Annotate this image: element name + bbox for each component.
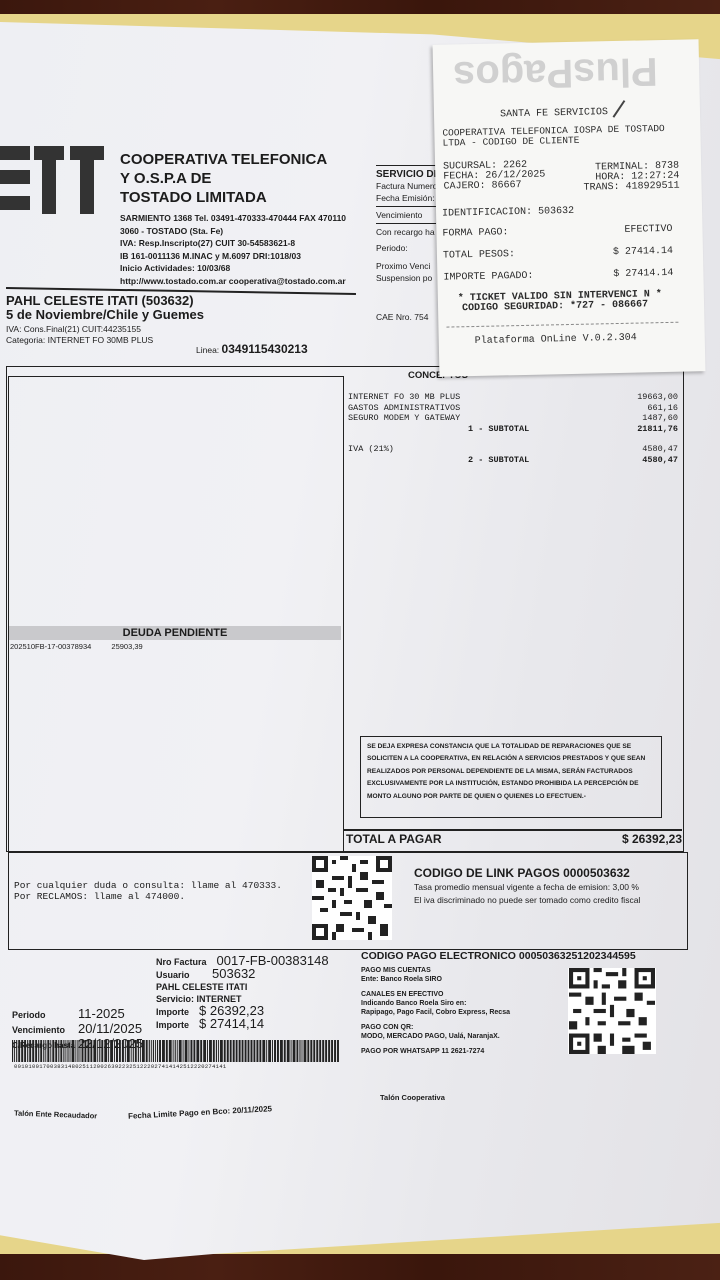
- link-pagos-code: CODIGO DE LINK PAGOS 0000503632: [414, 866, 630, 880]
- security-code: CODIGO SEGURIDAD: *727 - 086667: [458, 300, 662, 314]
- client-iva: IVA: Cons.Final(21) CUIT:44235155: [6, 324, 153, 335]
- company-name: COOPERATIVA TELEFONICA Y O.S.P.A DE TOST…: [120, 150, 327, 207]
- client-identification: IDENTIFICACION: 503632: [442, 206, 574, 220]
- company-info-line: 3060 - TOSTADO (Sta. Fe): [120, 225, 346, 238]
- deuda-ref: 202510FB-17-00378934: [10, 642, 91, 651]
- deuda-amount: 25903,39: [111, 642, 142, 651]
- receipt-entity: COOPERATIVA TELEFONICA IOSPA DE TOSTADO …: [442, 124, 665, 149]
- payment-line: Rapipago, Pago Facil, Cobro Express, Rec…: [361, 1008, 510, 1017]
- user-label: Usuario: [156, 970, 190, 980]
- company-info-line: http://www.tostado.com.ar cooperativa@to…: [120, 275, 346, 288]
- client-category: Categoria: INTERNET FO 30MB PLUS: [6, 335, 153, 346]
- subtotal-row: 1 - SUBTOTAL21811,76: [348, 424, 678, 435]
- cashier: CAJERO: 86667: [443, 180, 545, 192]
- payment-line: PAGO CON QR:: [361, 1023, 510, 1032]
- concepts-list: INTERNET FO 30 MB PLUS19663,00 GASTOS AD…: [348, 392, 678, 465]
- notice-box: SE DEJA EXPRESA CONSTANCIA QUE LA TOTALI…: [360, 736, 662, 818]
- subtotal-row: 2 - SUBTOTAL4580,47: [348, 455, 678, 466]
- cae-number: CAE Nro. 754: [376, 312, 428, 322]
- payment-line: Ente: Banco Roela SIRO: [361, 975, 510, 984]
- subtotal-value: 21811,76: [637, 424, 678, 435]
- total-label: TOTAL A PAGAR: [346, 832, 442, 846]
- receipt-branch-info: SUCURSAL: 2262 FECHA: 26/12/2025 CAJERO:…: [443, 160, 546, 192]
- ctt-logo: [0, 140, 104, 220]
- client-details: IVA: Cons.Final(21) CUIT:44235155 Catego…: [6, 324, 153, 346]
- concept-row: SEGURO MODEM Y GATEWAY1487,60: [348, 413, 678, 424]
- talon-client-name: PAHL CELESTE ITATI: [156, 981, 329, 993]
- left-panel: [8, 376, 344, 851]
- barcode-number: 0010100170038314802511200263922325122202…: [14, 1063, 226, 1070]
- due-date-label: Vencimiento: [12, 1025, 78, 1035]
- concept-label: IVA (21%): [348, 444, 394, 455]
- payment-receipt: PlusPagos SANTA FE SERVICIOS COOPERATIVA…: [433, 39, 706, 376]
- payment-line: MODO, MERCADO PAGO, Ualá, NaranjaX.: [361, 1032, 510, 1041]
- concept-value: 1487,60: [642, 413, 678, 424]
- qr-code-icon: [312, 856, 392, 940]
- payment-qr-code-icon: [568, 968, 656, 1054]
- service-row: Fecha Emisión:: [376, 192, 436, 204]
- concept-value: 661,16: [647, 403, 678, 414]
- company-info-line: IVA: Resp.Inscripto(27) CUIT 30-54583621…: [120, 237, 346, 250]
- concept-label: INTERNET FO 30 MB PLUS: [348, 392, 460, 403]
- payment-line: PAGO POR WHATSAPP 11 2621-7274: [361, 1047, 510, 1056]
- amount-surcharge-value: $ 27414,14: [199, 1016, 264, 1031]
- deuda-title: DEUDA PENDIENTE: [9, 626, 341, 640]
- company-info-line: SARMIENTO 1368 Tel. 03491-470333-470444 …: [120, 212, 346, 225]
- client-name: PAHL CELESTE ITATI (503632): [6, 294, 204, 308]
- line-label: Linea:: [196, 345, 219, 355]
- period-label: Periodo: [12, 1010, 78, 1020]
- electronic-payment-code: CODIGO PAGO ELECTRONICO 0005036325120234…: [361, 950, 636, 962]
- client-block: PAHL CELESTE ITATI (503632) 5 de Noviemb…: [6, 294, 204, 322]
- receipt-terminal-info: TERMINAL: 8738 HORA: 12:27:24 TRANS: 418…: [583, 162, 680, 194]
- concept-value: 19663,00: [637, 392, 678, 403]
- payment-channels: PAGO MIS CUENTAS Ente: Banco Roela SIRO …: [361, 966, 510, 1056]
- payment-method-label: FORMA PAGO:: [442, 227, 508, 239]
- total-value: $ 26392,23: [622, 832, 682, 846]
- user-number: 503632: [212, 966, 255, 981]
- amount-paid-label: IMPORTE PAGADO:: [443, 271, 533, 284]
- due-date-value: 20/11/2025: [78, 1021, 142, 1036]
- link-pagos-info: Tasa promedio mensual vigente a fecha de…: [414, 881, 640, 907]
- contact-info: Por cualquier duda o consulta: llame al …: [14, 880, 282, 902]
- company-name-line: Y O.S.P.A DE: [120, 169, 327, 188]
- platform-version: Plataforma OnLine V.0.2.304: [475, 333, 637, 347]
- service-box: SERVICIO DE Factura Numero: Fecha Emisió…: [376, 165, 436, 284]
- company-name-line: TOSTADO LIMITADA: [120, 188, 327, 207]
- service-row: Periodo:: [376, 242, 436, 254]
- amount-label: Importe: [156, 1020, 189, 1030]
- payment-line: Indicando Banco Roela Siro en:: [361, 999, 510, 1008]
- amount-label: Importe: [156, 1007, 189, 1017]
- barcode-icon: [12, 1040, 340, 1062]
- divider: [344, 829, 682, 831]
- service-row: Vencimiento: [376, 206, 436, 221]
- payment-line: CANALES EN EFECTIVO: [361, 990, 510, 999]
- interest-rate: Tasa promedio mensual vigente a fecha de…: [414, 881, 640, 894]
- receipt-header: SANTA FE SERVICIOS: [500, 107, 608, 120]
- concept-row: IVA (21%)4580,47: [348, 444, 678, 455]
- concept-label: GASTOS ADMINISTRATIVOS: [348, 403, 460, 414]
- service-box-title: SERVICIO DE: [376, 165, 436, 180]
- spacer-row: [348, 434, 678, 444]
- entity-line: LTDA - CODIGO DE CLIENTE: [443, 134, 666, 149]
- concept-label: SEGURO MODEM Y GATEWAY: [348, 413, 460, 424]
- service-row: Con recargo ha: [376, 223, 436, 238]
- receipt-security: * TICKET VALIDO SIN INTERVENCI N * CODIG…: [458, 290, 662, 314]
- service-row: Proximo Venci: [376, 260, 436, 272]
- total-pesos-row: TOTAL PESOS:$ 27414.14: [443, 246, 673, 262]
- pluspagos-watermark: PlusPagos: [453, 48, 658, 97]
- subtotal-label: 1 - SUBTOTAL: [348, 424, 529, 435]
- total-pesos-label: TOTAL PESOS:: [443, 249, 515, 262]
- company-info-line: IB 161-0011136 M.INAC y M.6097 DRI:1018/…: [120, 250, 346, 263]
- period-value: 11-2025: [78, 1006, 125, 1021]
- subtotal-value: 4580,47: [642, 455, 678, 466]
- talon-invoice-info: Nro Factura 0017-FB-00383148 Usuario 503…: [156, 955, 329, 1031]
- company-info: SARMIENTO 1368 Tel. 03491-470333-470444 …: [120, 212, 346, 287]
- client-address: 5 de Noviembre/Chile y Guemes: [6, 308, 204, 322]
- service-row: Suspension po: [376, 272, 436, 284]
- concept-row: INTERNET FO 30 MB PLUS19663,00: [348, 392, 678, 403]
- total-row: TOTAL A PAGAR $ 26392,23: [346, 832, 682, 846]
- client-line: Linea: 0349115430213: [196, 342, 308, 356]
- line-number: 0349115430213: [222, 342, 308, 356]
- company-name-line: COOPERATIVA TELEFONICA: [120, 150, 327, 169]
- total-pesos-value: $ 27414.14: [613, 246, 673, 258]
- contact-line: Por cualquier duda o consulta: llame al …: [14, 880, 282, 891]
- company-info-line: Inicio Actividades: 10/03/68: [120, 262, 346, 275]
- subtotal-label: 2 - SUBTOTAL: [348, 455, 529, 466]
- amount-paid-value: $ 27414.14: [613, 268, 673, 280]
- service-row: Factura Numero:: [376, 180, 436, 192]
- payment-line: PAGO MIS CUENTAS: [361, 966, 510, 975]
- iva-note: El iva discriminado no puede ser tomado …: [414, 894, 640, 907]
- deuda-row: 202510FB-17-00378934 25903,39: [10, 642, 161, 651]
- slash-mark: [613, 100, 626, 118]
- contact-line: Por RECLAMOS: llame al 474000.: [14, 891, 282, 902]
- transaction-number: TRANS: 418929511: [583, 182, 679, 194]
- concept-row: GASTOS ADMINISTRATIVOS661,16: [348, 403, 678, 414]
- invoice-number-label: Nro Factura: [156, 957, 207, 967]
- amount-paid-row: IMPORTE PAGADO:$ 27414.14: [443, 268, 673, 284]
- concept-value: 4580,47: [642, 444, 678, 455]
- talon-cooperativa-label: Talón Cooperativa: [380, 1093, 445, 1102]
- dashed-divider: [446, 322, 678, 328]
- payment-method-row: FORMA PAGO:EFECTIVO: [442, 224, 672, 240]
- payment-method-value: EFECTIVO: [624, 224, 672, 236]
